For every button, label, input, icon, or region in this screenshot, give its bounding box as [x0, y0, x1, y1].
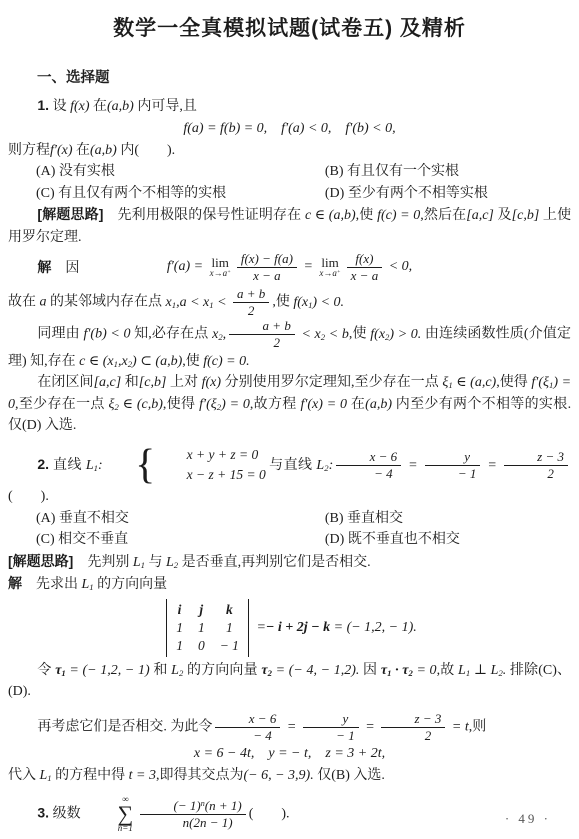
- text-run: 的方向向量: [183, 663, 261, 678]
- bold-label: [解题思路]: [37, 206, 103, 222]
- text-run: = (− 1,2, − 1): [66, 663, 150, 678]
- bold-label: 1.: [37, 97, 49, 113]
- denominator: x − a: [237, 268, 297, 284]
- text-run: 则方程: [8, 143, 50, 158]
- fraction: z − 32: [381, 711, 445, 743]
- determinant-cell: k: [220, 602, 239, 618]
- q2-solution-start: 解 先求出 L1 的方向向量: [8, 573, 571, 596]
- determinant-cell: j: [198, 602, 205, 618]
- q2-options: (A) 垂直不相交(B) 垂直相交(C) 相交不垂直(D) 既不垂直也不相交: [8, 508, 571, 551]
- text-run: = (− 1,2, − 1).: [330, 620, 417, 635]
- text-run: = t: [448, 719, 468, 734]
- text-run: (a,b): [365, 397, 392, 412]
- text-run: 在: [73, 143, 91, 158]
- fraction: a + b2: [233, 286, 269, 318]
- fraction: y− 1: [303, 711, 359, 743]
- text-run: 仅(B) 入选.: [314, 768, 385, 783]
- text-run: =: [283, 719, 299, 734]
- text-run: 直线: [49, 458, 86, 473]
- text-run: (− 6, − 3,9).: [243, 768, 313, 783]
- text-run: τ2: [261, 663, 272, 678]
- text-run: t = 3: [129, 768, 156, 783]
- text-run: 因: [359, 663, 380, 678]
- determinant-cell: 1: [176, 638, 183, 654]
- summation: ∞∑n=1: [88, 795, 133, 834]
- bold-label: 解: [8, 575, 22, 591]
- brace-icon: {: [106, 449, 156, 483]
- text-run: 先判别: [73, 555, 133, 570]
- text-run: [c,b]: [139, 375, 167, 390]
- text-run: (a,b): [90, 143, 117, 158]
- option: (C) 相交不垂直: [36, 529, 325, 551]
- text-run: 分别使用罗尔定理知,至少存在一点: [221, 375, 442, 390]
- fraction: z − 32: [504, 449, 568, 481]
- denominator: 2: [381, 728, 445, 744]
- question-2-stem: 2. 直线 L1:{x + y + z = 0x − z + 15 = 0与直线…: [8, 445, 571, 508]
- text-run: ,使: [182, 354, 203, 369]
- numerator: f(x): [347, 251, 383, 268]
- fraction: (− 1)n(n + 1)n(2n − 1): [140, 798, 246, 830]
- text-run: = (− 4, − 1,2).: [272, 663, 359, 678]
- q1-solution-idea: [解题思路] 先利用极限的保号性证明存在 c ∈ (a,b),使 f(c) = …: [8, 204, 571, 248]
- text-run: L1: [82, 577, 94, 592]
- text-run: L1: [133, 555, 145, 570]
- text-run: f(x1) < 0.: [293, 295, 344, 310]
- text-run: 与: [145, 555, 166, 570]
- numerator: (− 1)n(n + 1): [140, 798, 246, 815]
- text-run: x = 6 − 4t, y = − t, z = 3 + 2t,: [194, 746, 385, 761]
- text-run: ,使: [356, 208, 377, 223]
- text-run: 内( ).: [117, 143, 175, 158]
- text-run: L2: [166, 555, 178, 570]
- determinant: ijk11110− 1: [166, 599, 249, 657]
- text-run: 是否垂直,再判别它们是否相交.: [178, 555, 371, 570]
- formula: f′(a) = limx→a+f(x) − f(a)x − a = limx→a…: [167, 259, 412, 274]
- text-run: ,至少存在一点: [15, 397, 109, 412]
- q2-parametric-formula: x = 6 − 4t, y = − t, z = 3 + 2t,: [8, 746, 571, 762]
- equation-row: x − z + 15 = 0: [157, 465, 265, 486]
- text-run: =: [362, 719, 378, 734]
- text-run: 在闭区间: [37, 375, 93, 390]
- text-run: f′(b) < 0: [83, 327, 130, 342]
- bold-label: 2.: [37, 456, 49, 472]
- text-run: 同理由: [37, 327, 83, 342]
- text-run: L2:: [316, 458, 333, 473]
- text-run: 和: [150, 663, 171, 678]
- text-run: =: [404, 458, 421, 473]
- text-run: ,即得其交点为: [156, 768, 244, 783]
- denominator: 2: [229, 335, 295, 351]
- denominator: 2: [504, 466, 568, 482]
- denominator: − 4: [215, 728, 280, 744]
- fraction: f(x)x − a: [347, 251, 383, 283]
- text-run: f(x2) > 0.: [370, 327, 421, 342]
- denominator: 2: [233, 303, 269, 319]
- text-run: 及: [494, 208, 512, 223]
- limit: limx→a+: [319, 256, 340, 278]
- q1-condition-formula: f(a) = f(b) = 0, f′(a) < 0, f′(b) < 0,: [8, 121, 571, 137]
- text-run: ,使: [349, 327, 370, 342]
- denominator: − 4: [336, 466, 401, 482]
- text-run: =: [253, 620, 266, 635]
- text-run: − i + 2j − k: [266, 620, 330, 635]
- text-run: L1: [40, 768, 52, 783]
- fraction: y− 1: [425, 449, 481, 481]
- determinant-cell: 1: [198, 620, 205, 636]
- text-run: < x2 < b: [298, 327, 349, 342]
- text-run: [a,c]: [94, 375, 122, 390]
- q1-rolle-para: 在闭区间[a,c] 和[c,b] 上对 f(x) 分别使用罗尔定理知,至少存在一…: [8, 372, 571, 437]
- text-run: c ∈ (x1,x2) ⊂ (a,b): [79, 354, 182, 369]
- text-run: ξ2 ∈ (c,b): [109, 397, 163, 412]
- fraction: x − 6− 4: [336, 449, 401, 481]
- numerator: x − 6: [336, 449, 401, 466]
- text-run: ( ).: [249, 806, 290, 821]
- equation-system: {x + y + z = 0x − z + 15 = 0: [106, 445, 266, 487]
- equation-row: x + y + z = 0: [157, 445, 265, 466]
- numerator: y: [303, 711, 359, 728]
- formula: x = 6 − 4t, y = − t, z = 3 + 2t,: [194, 746, 385, 761]
- q2-intersect-para: 再考虑它们是否相交. 为此令x − 6− 4 = y− 1 = z − 32 =…: [8, 711, 571, 743]
- q2-conclusion-para: 代入 L1 的方程中得 t = 3,即得其交点为(− 6, − 3,9). 仅(…: [8, 765, 571, 787]
- q1-options: (A) 没有实根(B) 有且仅有一个实根(C) 有且仅有两个不相等的实根(D) …: [8, 161, 571, 204]
- numerator: x − 6: [215, 711, 280, 728]
- text-run: 先求出: [22, 577, 82, 592]
- text-run: < 0,: [385, 259, 412, 274]
- text-run: 代入: [8, 768, 40, 783]
- option: (D) 至少有两个不相等实根: [325, 183, 571, 205]
- numerator: f(x) − f(a): [237, 251, 297, 268]
- text-run: 与直线: [269, 458, 317, 473]
- text-run: 内可导,且: [134, 99, 197, 114]
- text-run: ,然后在: [420, 208, 466, 223]
- lim-subscript: x→a+: [210, 269, 231, 278]
- denominator: − 1: [303, 728, 359, 744]
- sum-lower: n=1: [88, 824, 132, 833]
- text-run: ,使得: [496, 375, 531, 390]
- question-1-stem: 1. 设 f(x) 在(a,b) 内可导,且: [8, 95, 571, 118]
- text-run: c ∈ (a,b): [305, 208, 356, 223]
- denominator: x − a: [347, 268, 383, 284]
- text-run: τ1: [55, 663, 66, 678]
- lim-subscript: x→a+: [319, 269, 340, 278]
- equation-rows: x + y + z = 0x − z + 15 = 0: [157, 445, 265, 487]
- text-run: f′(ξ2) = 0: [199, 397, 250, 412]
- document-page: 数学一全真模拟试题(试卷五) 及精析 一、选择题1. 设 f(x) 在(a,b)…: [0, 0, 579, 833]
- q1-similarly-para: 同理由 f′(b) < 0 知,必存在点 x2,a + b2 < x2 < b,…: [8, 318, 571, 372]
- text-run: ,使: [272, 295, 293, 310]
- text-run: ,故: [437, 663, 458, 678]
- text-run: f(x): [202, 375, 221, 390]
- text-run: 再考虑它们是否相交. 为此令: [37, 719, 212, 734]
- formula: f(a) = f(b) = 0, f′(a) < 0, f′(b) < 0,: [183, 121, 395, 136]
- numerator: z − 3: [381, 711, 445, 728]
- page-number: · 49 ·: [505, 811, 551, 827]
- text-run: f(a) = f(b) = 0, f′(a) < 0, f′(b) < 0,: [183, 121, 395, 136]
- text-run: x1,a < x1 <: [166, 295, 231, 310]
- q1-question-line: 则方程f′(x) 在(a,b) 内( ).: [8, 140, 571, 162]
- q2-tau-para: 令 τ1 = (− 1,2, − 1) 和 L2 的方向向量 τ2 = (− 4…: [8, 660, 571, 703]
- numerator: a + b: [229, 318, 295, 335]
- document-body: 一、选择题1. 设 f(x) 在(a,b) 内可导,且f(a) = f(b) =…: [8, 68, 571, 833]
- text-run: [c,b]: [512, 208, 540, 223]
- text-run: 和: [121, 375, 139, 390]
- bold-label: 3.: [37, 804, 49, 820]
- denominator: − 1: [425, 466, 481, 482]
- text-run: =: [300, 259, 316, 274]
- text-run: f′(x) = 0: [300, 397, 347, 412]
- formula: ijk11110− 1 =− i + 2j − k = (− 1,2, − 1)…: [162, 620, 417, 635]
- text-run: 的方向向量: [94, 577, 168, 592]
- determinant-cell: 0: [198, 638, 205, 654]
- q1-neighborhood-line: 故在 a 的某邻域内存在点 x1,a < x1 < a + b2,使 f(x1)…: [8, 286, 571, 318]
- text-run: 故在: [8, 295, 40, 310]
- text-run: 级数: [49, 806, 84, 821]
- determinant-cell: 1: [176, 620, 183, 636]
- q2-solution-idea: [解题思路] 先判别 L1 与 L2 是否垂直,再判别它们是否相交.: [8, 551, 571, 574]
- determinant-cell: − 1: [220, 638, 239, 654]
- text-run: ,故方程: [250, 397, 301, 412]
- text-run: 的方程中得: [52, 768, 129, 783]
- text-run: L2: [171, 663, 183, 678]
- text-run: f′(a) =: [167, 259, 207, 274]
- text-run: 在: [347, 397, 365, 412]
- text-run: ,则: [469, 719, 487, 734]
- bold-label: [解题思路]: [8, 553, 73, 569]
- text-run: (a,b): [107, 99, 134, 114]
- text-run: x2,: [212, 327, 226, 342]
- numerator: y: [425, 449, 481, 466]
- option: (A) 垂直不相交: [36, 508, 325, 530]
- option: (B) 有且仅有一个实根: [325, 161, 571, 183]
- option: (B) 垂直相交: [325, 508, 571, 530]
- solution-label: 解 因: [37, 257, 79, 277]
- text-run: f(c) = 0: [377, 208, 420, 223]
- bold-label: 解: [37, 259, 51, 275]
- section-heading-choice-questions: 一、选择题: [8, 68, 571, 89]
- text-run: [a,c]: [466, 208, 494, 223]
- text-run: =: [483, 458, 500, 473]
- fraction: a + b2: [229, 318, 295, 350]
- text-run: 在: [90, 99, 108, 114]
- q2-determinant-formula: ijk11110− 1 =− i + 2j − k = (− 1,2, − 1)…: [8, 599, 571, 657]
- text-run: 的某邻域内存在点: [47, 295, 166, 310]
- q1-solution-limit-formula: 解 因f′(a) = limx→a+f(x) − f(a)x − a = lim…: [8, 251, 571, 283]
- limit: limx→a+: [210, 256, 231, 278]
- text-run: f(c) = 0.: [203, 354, 249, 369]
- text-run: 知,必存在点: [130, 327, 212, 342]
- text-run: ( ).: [8, 489, 49, 504]
- text-run: 上对: [166, 375, 201, 390]
- numerator: a + b: [233, 286, 269, 303]
- denominator: n(2n − 1): [140, 815, 246, 831]
- text-run: ξ1 ∈ (a,c): [442, 375, 496, 390]
- determinant-cell: 1: [220, 620, 239, 636]
- page-title: 数学一全真模拟试题(试卷五) 及精析: [8, 14, 571, 44]
- text-run: L1:: [86, 458, 103, 473]
- determinant-cell: i: [176, 602, 183, 618]
- option: (D) 既不垂直也不相交: [325, 529, 571, 551]
- option: (A) 没有实根: [36, 161, 325, 183]
- text-run: 设: [49, 99, 70, 114]
- question-3-stem: 3. 级数 ∞∑n=1(− 1)n(n + 1)n(2n − 1)( ).: [8, 795, 571, 834]
- text-run: 因: [51, 261, 79, 276]
- text-run: f(x): [70, 99, 89, 114]
- fraction: f(x) − f(a)x − a: [237, 251, 297, 283]
- text-run: τ1 · τ2: [381, 663, 413, 678]
- text-run: L1 ⊥ L2.: [458, 663, 506, 678]
- sigma-icon: ∑: [88, 804, 133, 825]
- option: (C) 有且仅有两个不相等的实根: [36, 183, 325, 205]
- text-run: a: [40, 295, 47, 310]
- text-run: = 0: [413, 663, 437, 678]
- text-run: 先利用极限的保号性证明存在: [103, 208, 305, 223]
- text-run: ,使得: [163, 397, 199, 412]
- text-run: f′(x): [50, 143, 73, 158]
- text-run: 令: [37, 663, 55, 678]
- fraction: x − 6− 4: [215, 711, 280, 743]
- numerator: z − 3: [504, 449, 568, 466]
